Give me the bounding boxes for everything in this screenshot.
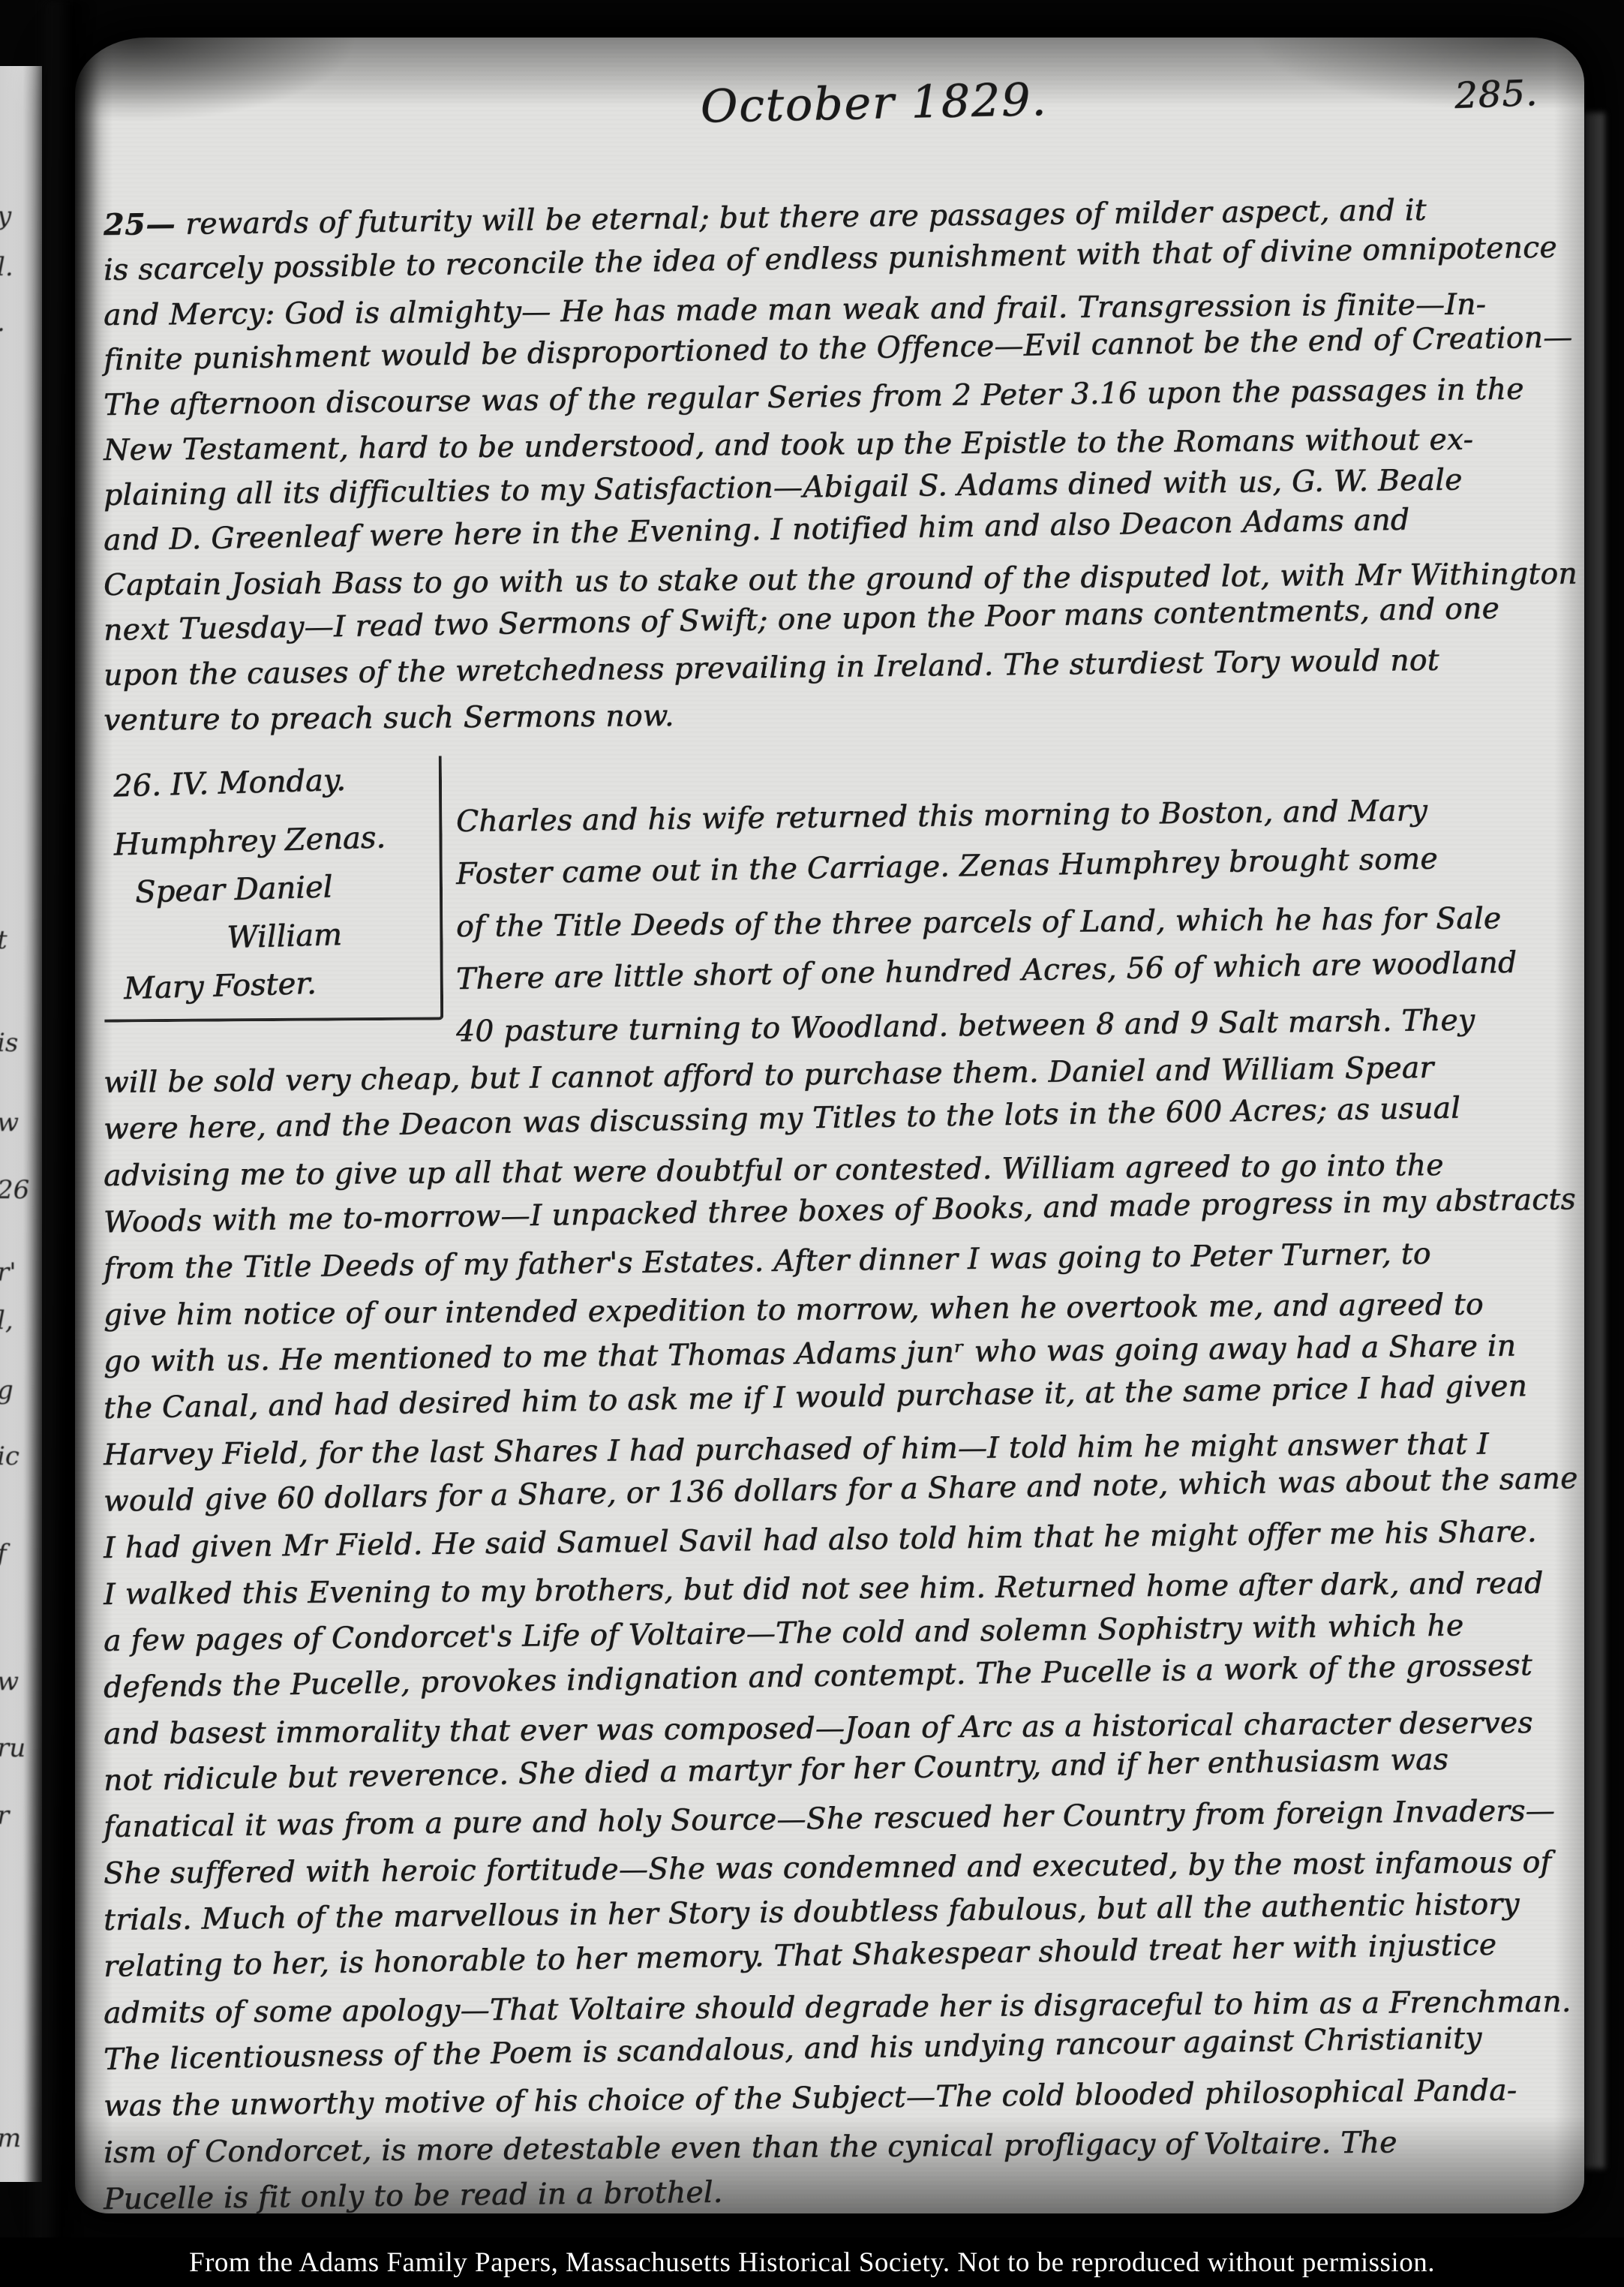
attribution-text: From the Adams Family Papers, Massachuse…: [189, 2246, 1435, 2279]
page-title: October 1829.: [103, 63, 1547, 146]
edge-ink-fragment: t: [0, 925, 8, 955]
page-header: October 1829. 285.: [104, 57, 1547, 200]
edge-ink-fragment: ru: [0, 1733, 26, 1763]
edge-ink-fragment: g: [0, 1375, 14, 1405]
edge-ink-fragment: 26: [0, 1175, 29, 1205]
edge-ink-fragment: l.: [0, 252, 14, 282]
attribution-footer: From the Adams Family Papers, Massachuse…: [0, 2237, 1624, 2287]
page-deckle-edge: [1583, 113, 1604, 2168]
edge-ink-fragment: f: [0, 1539, 7, 1569]
diary-page: October 1829. 285. 25— rewards of futuri…: [75, 38, 1584, 2213]
edge-ink-fragment: m: [0, 2123, 21, 2153]
edge-ink-fragment: r': [0, 1258, 17, 1288]
entry-26-indented-text: Charles and his wife returned this morni…: [443, 757, 1547, 1056]
page-number: 285.: [1454, 72, 1538, 117]
edge-ink-fragment: l,: [0, 1306, 14, 1336]
edge-ink-fragment: ic: [0, 1441, 20, 1471]
entry-25: 25— rewards of futurity will be eternal;…: [104, 203, 1547, 744]
edge-ink-fragment: is: [0, 1028, 18, 1058]
entry-number: 25—: [104, 207, 176, 242]
entry-26-head: 26. IV. Monday. Humphrey Zenas. Spear Da…: [104, 757, 1547, 1056]
edge-ink-fragment: y: [0, 201, 11, 231]
entry-26-text: will be sold very cheap, but I cannot af…: [104, 1060, 1547, 2213]
margin-name: Humphrey Zenas.: [113, 812, 440, 869]
entry-date-line: 26. IV. Monday.: [113, 753, 440, 810]
margin-name: William: [114, 908, 441, 965]
edge-ink-fragment: w: [0, 1666, 19, 1696]
margin-name: Mary Foster.: [114, 956, 441, 1013]
margin-name: Spear Daniel: [113, 860, 440, 917]
entry-26-margin-note: 26. IV. Monday. Humphrey Zenas. Spear Da…: [103, 756, 443, 1022]
facing-page-edge: y l. · t is w 26 r' l, g ic f w ru r m: [0, 66, 42, 2182]
manuscript-scan: y l. · t is w 26 r' l, g ic f w ru r m O…: [0, 0, 1624, 2287]
edge-ink-fragment: ·: [0, 315, 5, 345]
edge-ink-fragment: w: [0, 1107, 19, 1137]
edge-ink-fragment: r: [0, 1801, 9, 1831]
